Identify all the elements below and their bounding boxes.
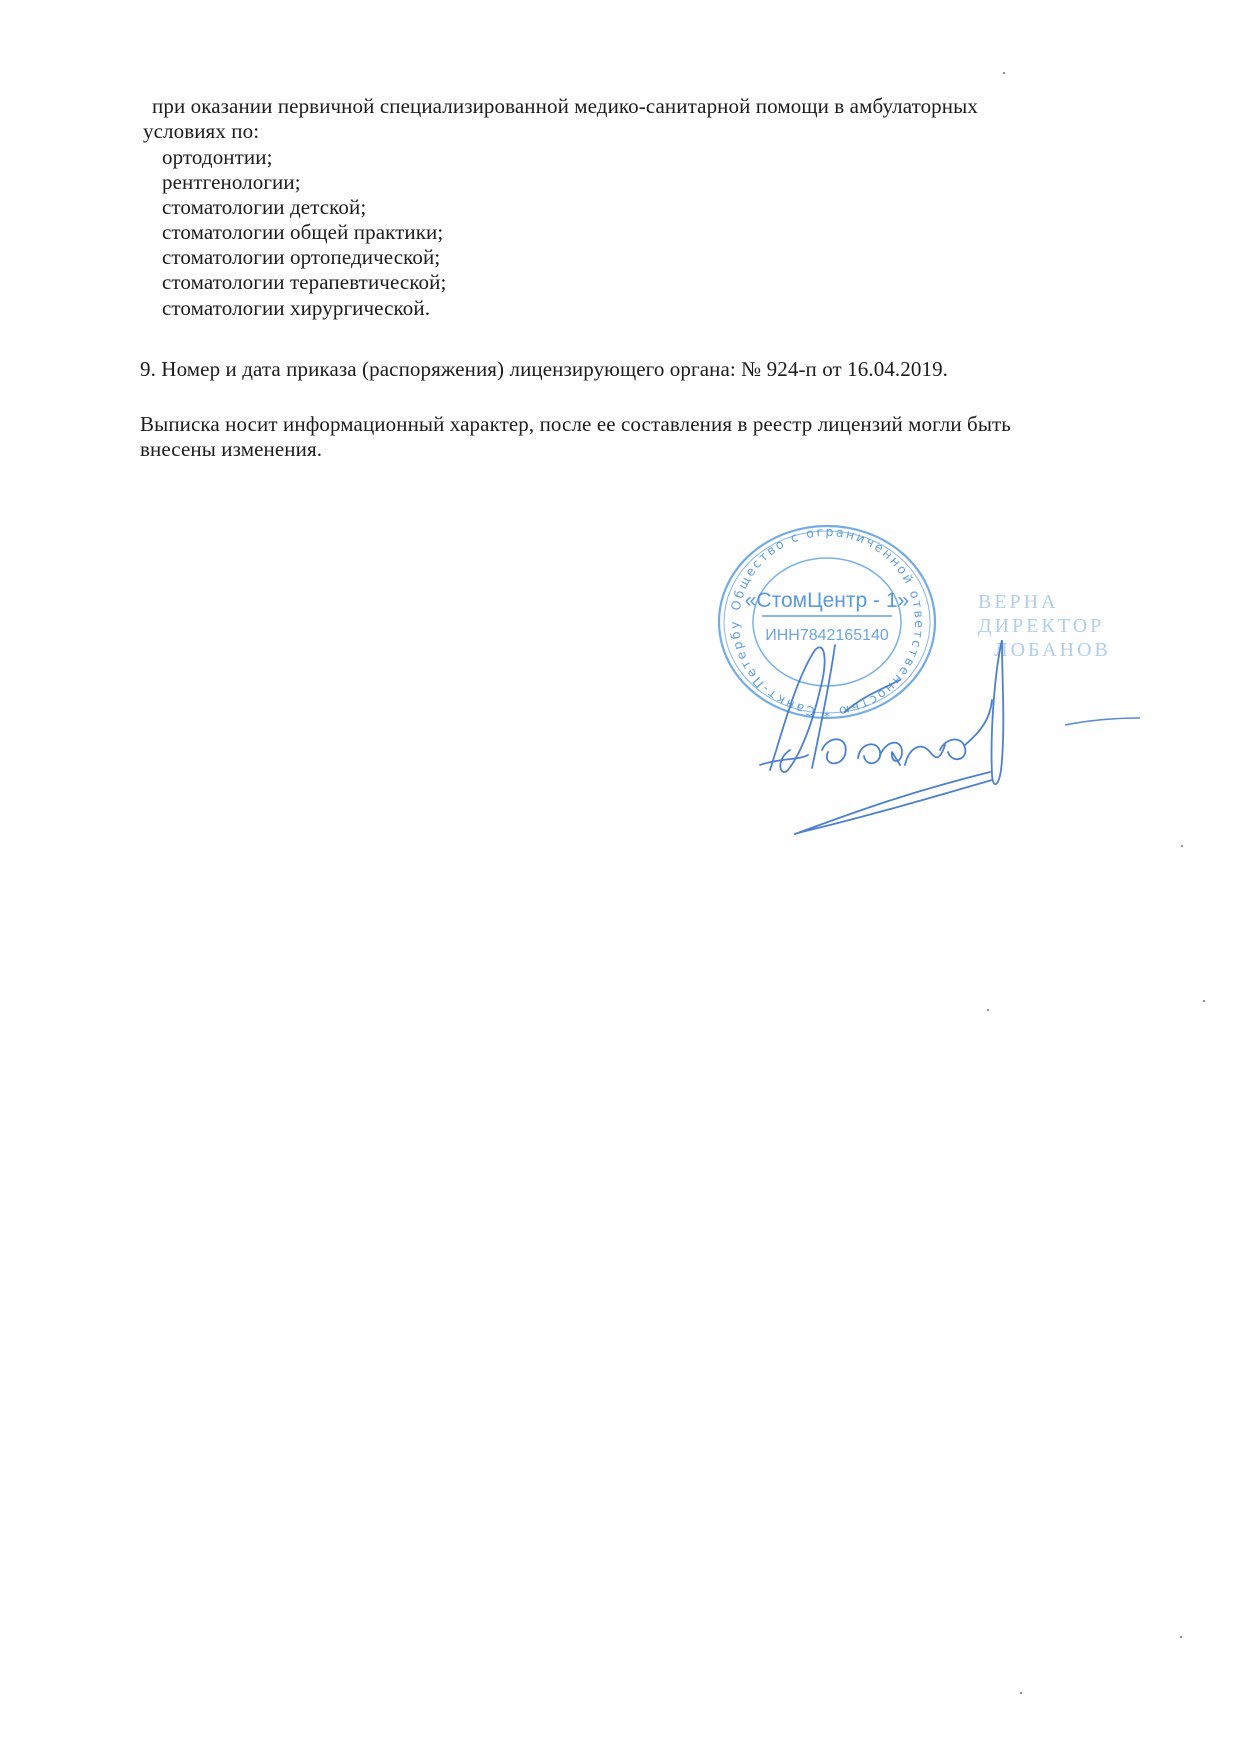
service-item: рентгенологии; bbox=[162, 169, 301, 195]
signature-icon bbox=[740, 640, 1140, 840]
scan-speck bbox=[1203, 1000, 1205, 1002]
scan-speck bbox=[1003, 72, 1005, 74]
note-line-1: Выписка носит информационный характер, п… bbox=[140, 411, 1011, 437]
note-line-2: внесены изменения. bbox=[140, 436, 322, 462]
service-item: стоматологии общей практики; bbox=[162, 219, 443, 245]
service-item: стоматологии хирургической. bbox=[162, 295, 430, 321]
service-item: стоматологии ортопедической; bbox=[162, 244, 440, 270]
intro-line-2: условиях по: bbox=[143, 118, 259, 144]
intro-line-1: при оказании первичной специализированно… bbox=[152, 93, 978, 119]
scan-speck bbox=[987, 1009, 989, 1011]
director-signature bbox=[740, 640, 1140, 840]
document-page: при оказании первичной специализированно… bbox=[0, 0, 1241, 1754]
service-item: ортодонтии; bbox=[162, 144, 273, 170]
service-item: стоматологии терапевтической; bbox=[162, 269, 446, 295]
scan-speck bbox=[1020, 1692, 1022, 1694]
scan-speck bbox=[1180, 1636, 1182, 1638]
service-item: стоматологии детской; bbox=[162, 194, 366, 220]
certification-line-2: ДИРЕКТОР bbox=[938, 614, 1111, 638]
scan-speck bbox=[1181, 845, 1183, 847]
certification-line-1: ВЕРНА bbox=[938, 590, 1111, 614]
stamp-company-name: «СтомЦентр - 1» bbox=[745, 589, 909, 612]
item-9-order: 9. Номер и дата приказа (распоряжения) л… bbox=[140, 356, 948, 382]
